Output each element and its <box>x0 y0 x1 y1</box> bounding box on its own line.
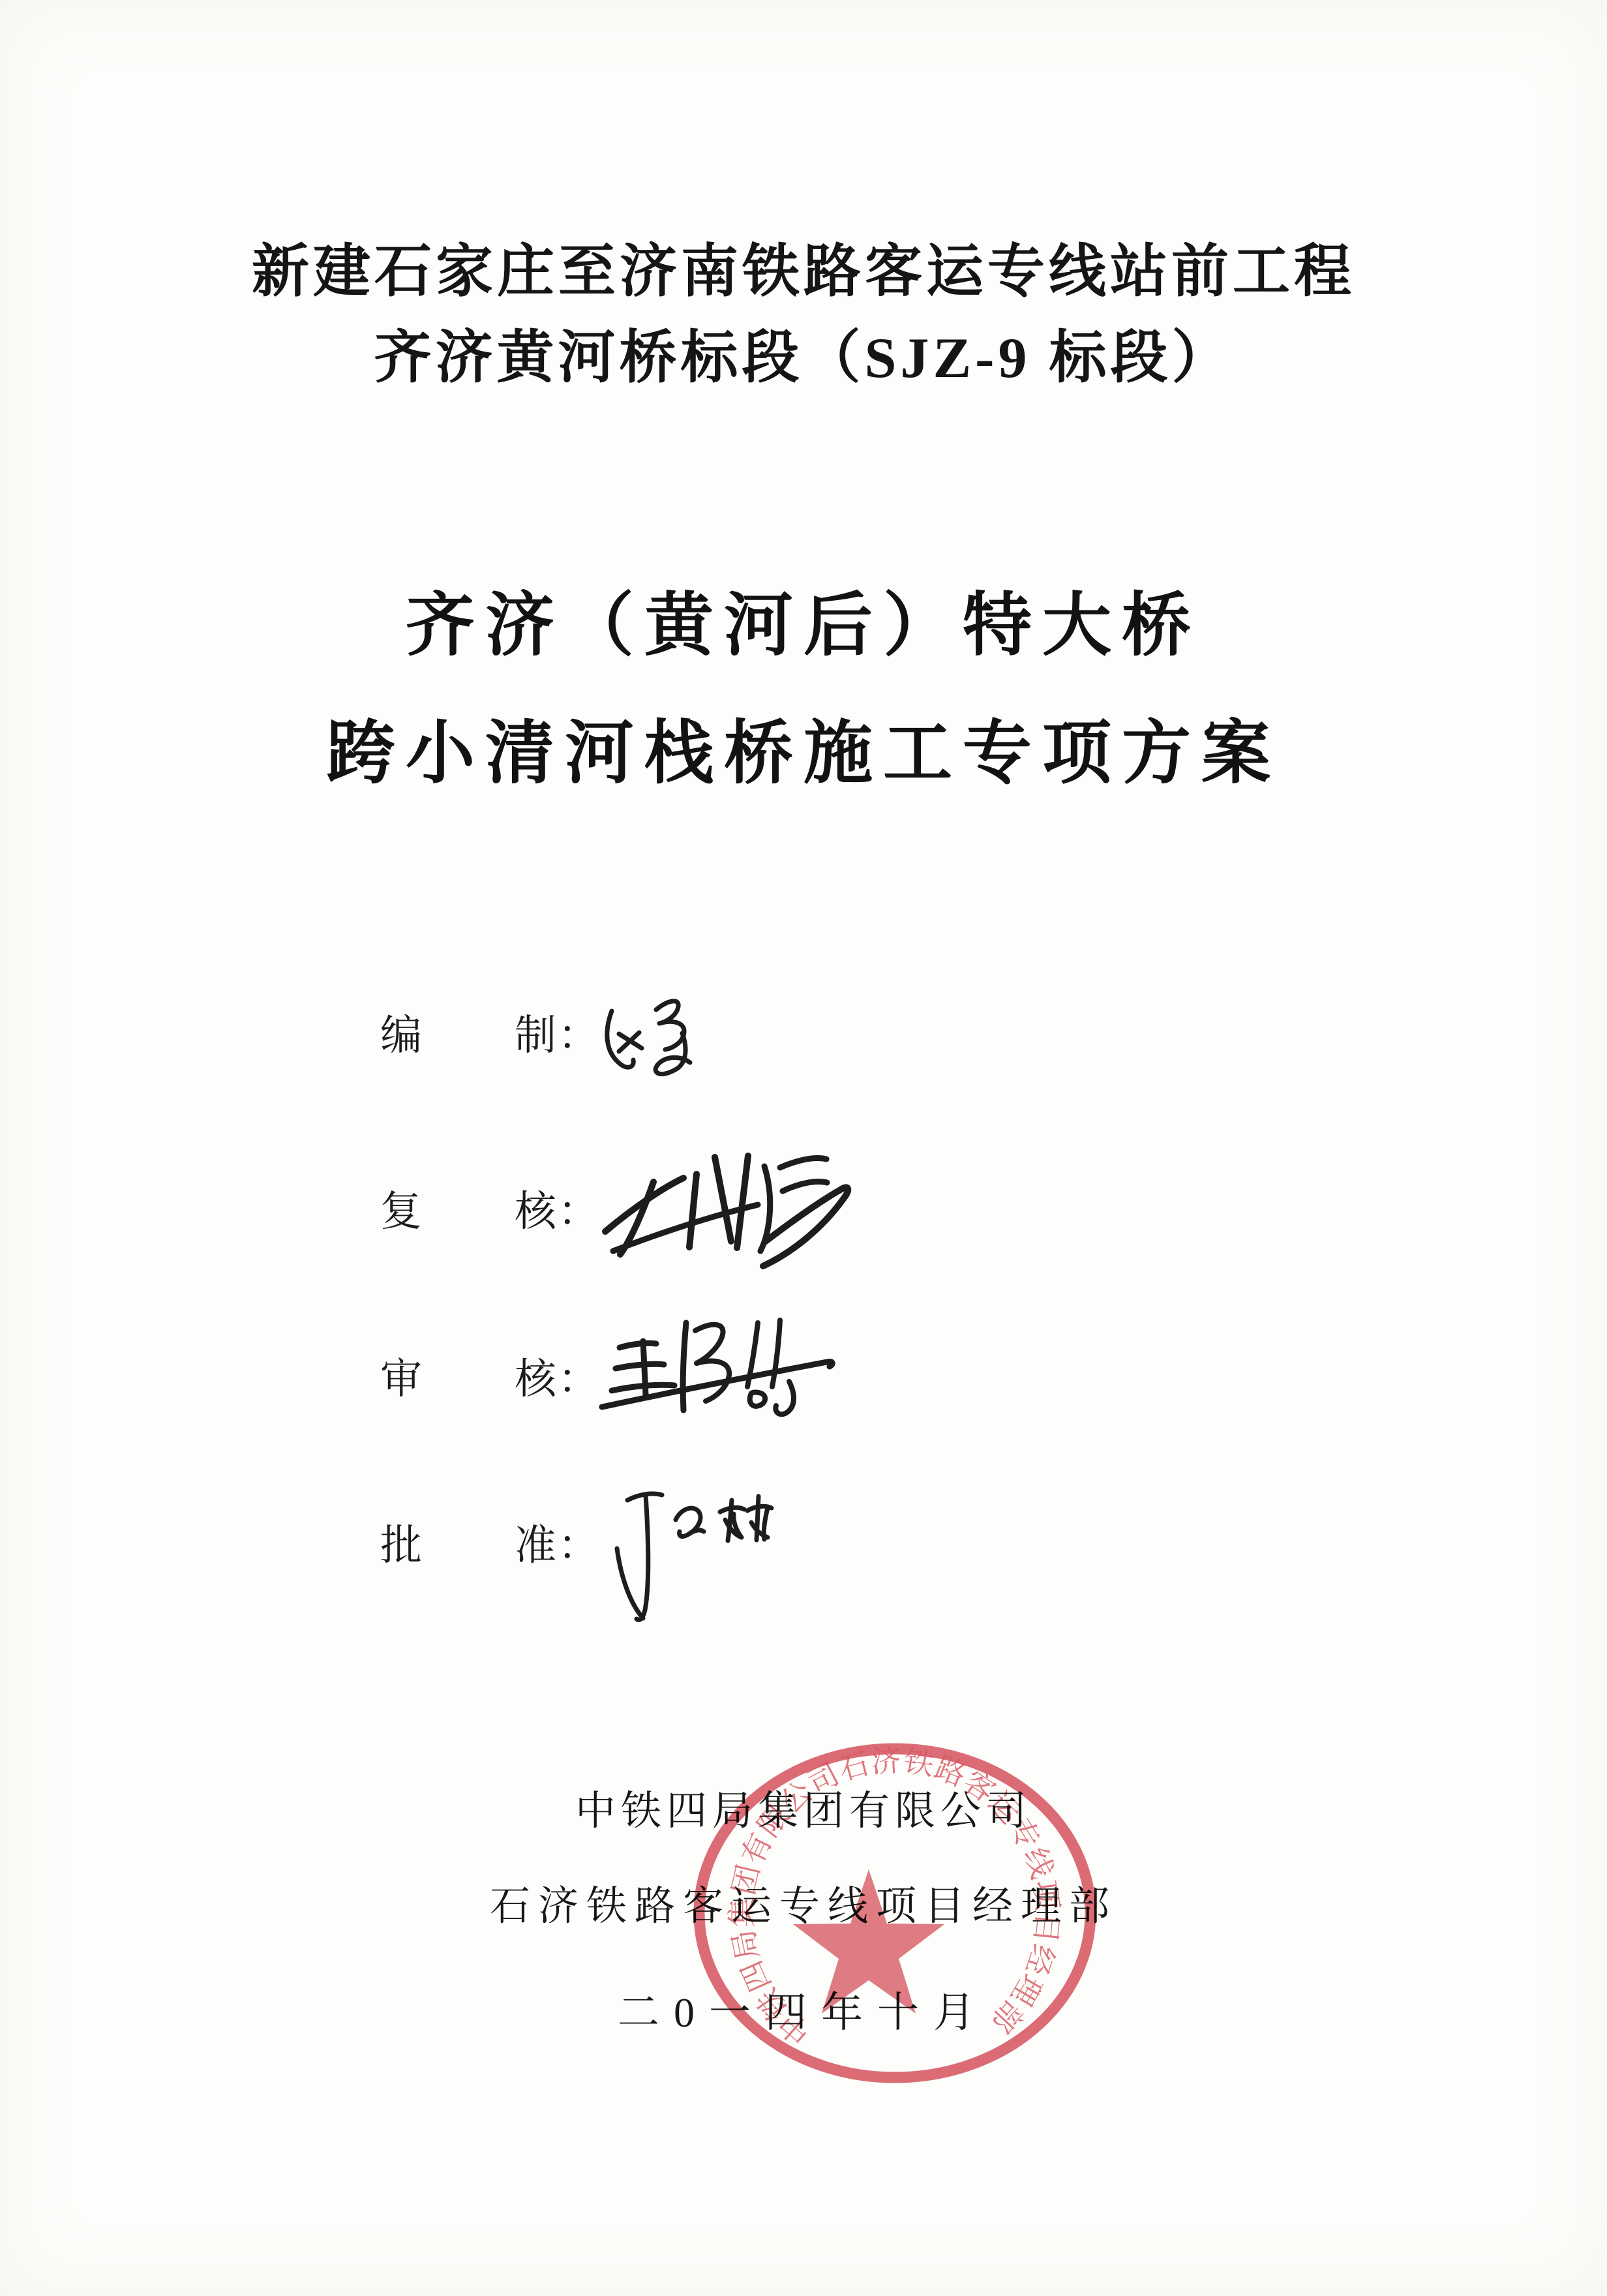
document-title: 齐济（黄河后）特大桥 跨小清河栈桥施工专项方案 <box>0 562 1607 818</box>
label-char: 核 <box>515 1357 556 1402</box>
label-char: 制 <box>515 1013 556 1059</box>
project-header-line-2: 齐济黄河桥标段（SJZ-9 标段） <box>0 316 1607 402</box>
document-date: 二0一四年十月 <box>0 1979 1607 2039</box>
signature-row-approved-by: 批准： <box>380 1523 599 1569</box>
label-char: 审 <box>380 1357 422 1402</box>
label-char: 编 <box>380 1013 422 1059</box>
signature-row-compiled-by: 编制： <box>380 1013 599 1059</box>
label-char: 准 <box>515 1523 556 1569</box>
document-title-line-1: 齐济（黄河后）特大桥 <box>0 562 1607 690</box>
document-cover-page: 新建石家庄至济南铁路客运专线站前工程 齐济黄河桥标段（SJZ-9 标段） 齐济（… <box>0 0 1607 2296</box>
signature-handwriting-compiled-by <box>607 1001 690 1074</box>
label-char: 复 <box>380 1189 422 1235</box>
signature-handwriting-reviewed-by <box>602 1320 832 1414</box>
signature-handwriting-rechecked-by <box>605 1156 848 1266</box>
document-title-line-2: 跨小清河栈桥施工专项方案 <box>0 690 1607 818</box>
label-char: 核 <box>515 1189 556 1235</box>
department-name: 石济铁路客运专线项目经理部 <box>0 1873 1607 1931</box>
project-header-line-1: 新建石家庄至济南铁路客运专线站前工程 <box>0 230 1607 316</box>
label-colon: ： <box>558 1013 599 1059</box>
signature-handwriting-approved-by <box>617 1494 772 1620</box>
label-char: 批 <box>380 1523 422 1569</box>
project-header: 新建石家庄至济南铁路客运专线站前工程 齐济黄河桥标段（SJZ-9 标段） <box>0 230 1607 402</box>
signature-row-rechecked-by: 复核： <box>380 1189 599 1235</box>
label-colon: ： <box>558 1523 599 1569</box>
label-colon: ： <box>558 1357 599 1402</box>
company-name: 中铁四局集团有限公司 <box>0 1778 1607 1836</box>
label-colon: ： <box>558 1189 599 1235</box>
signature-row-reviewed-by: 审核： <box>380 1357 599 1402</box>
